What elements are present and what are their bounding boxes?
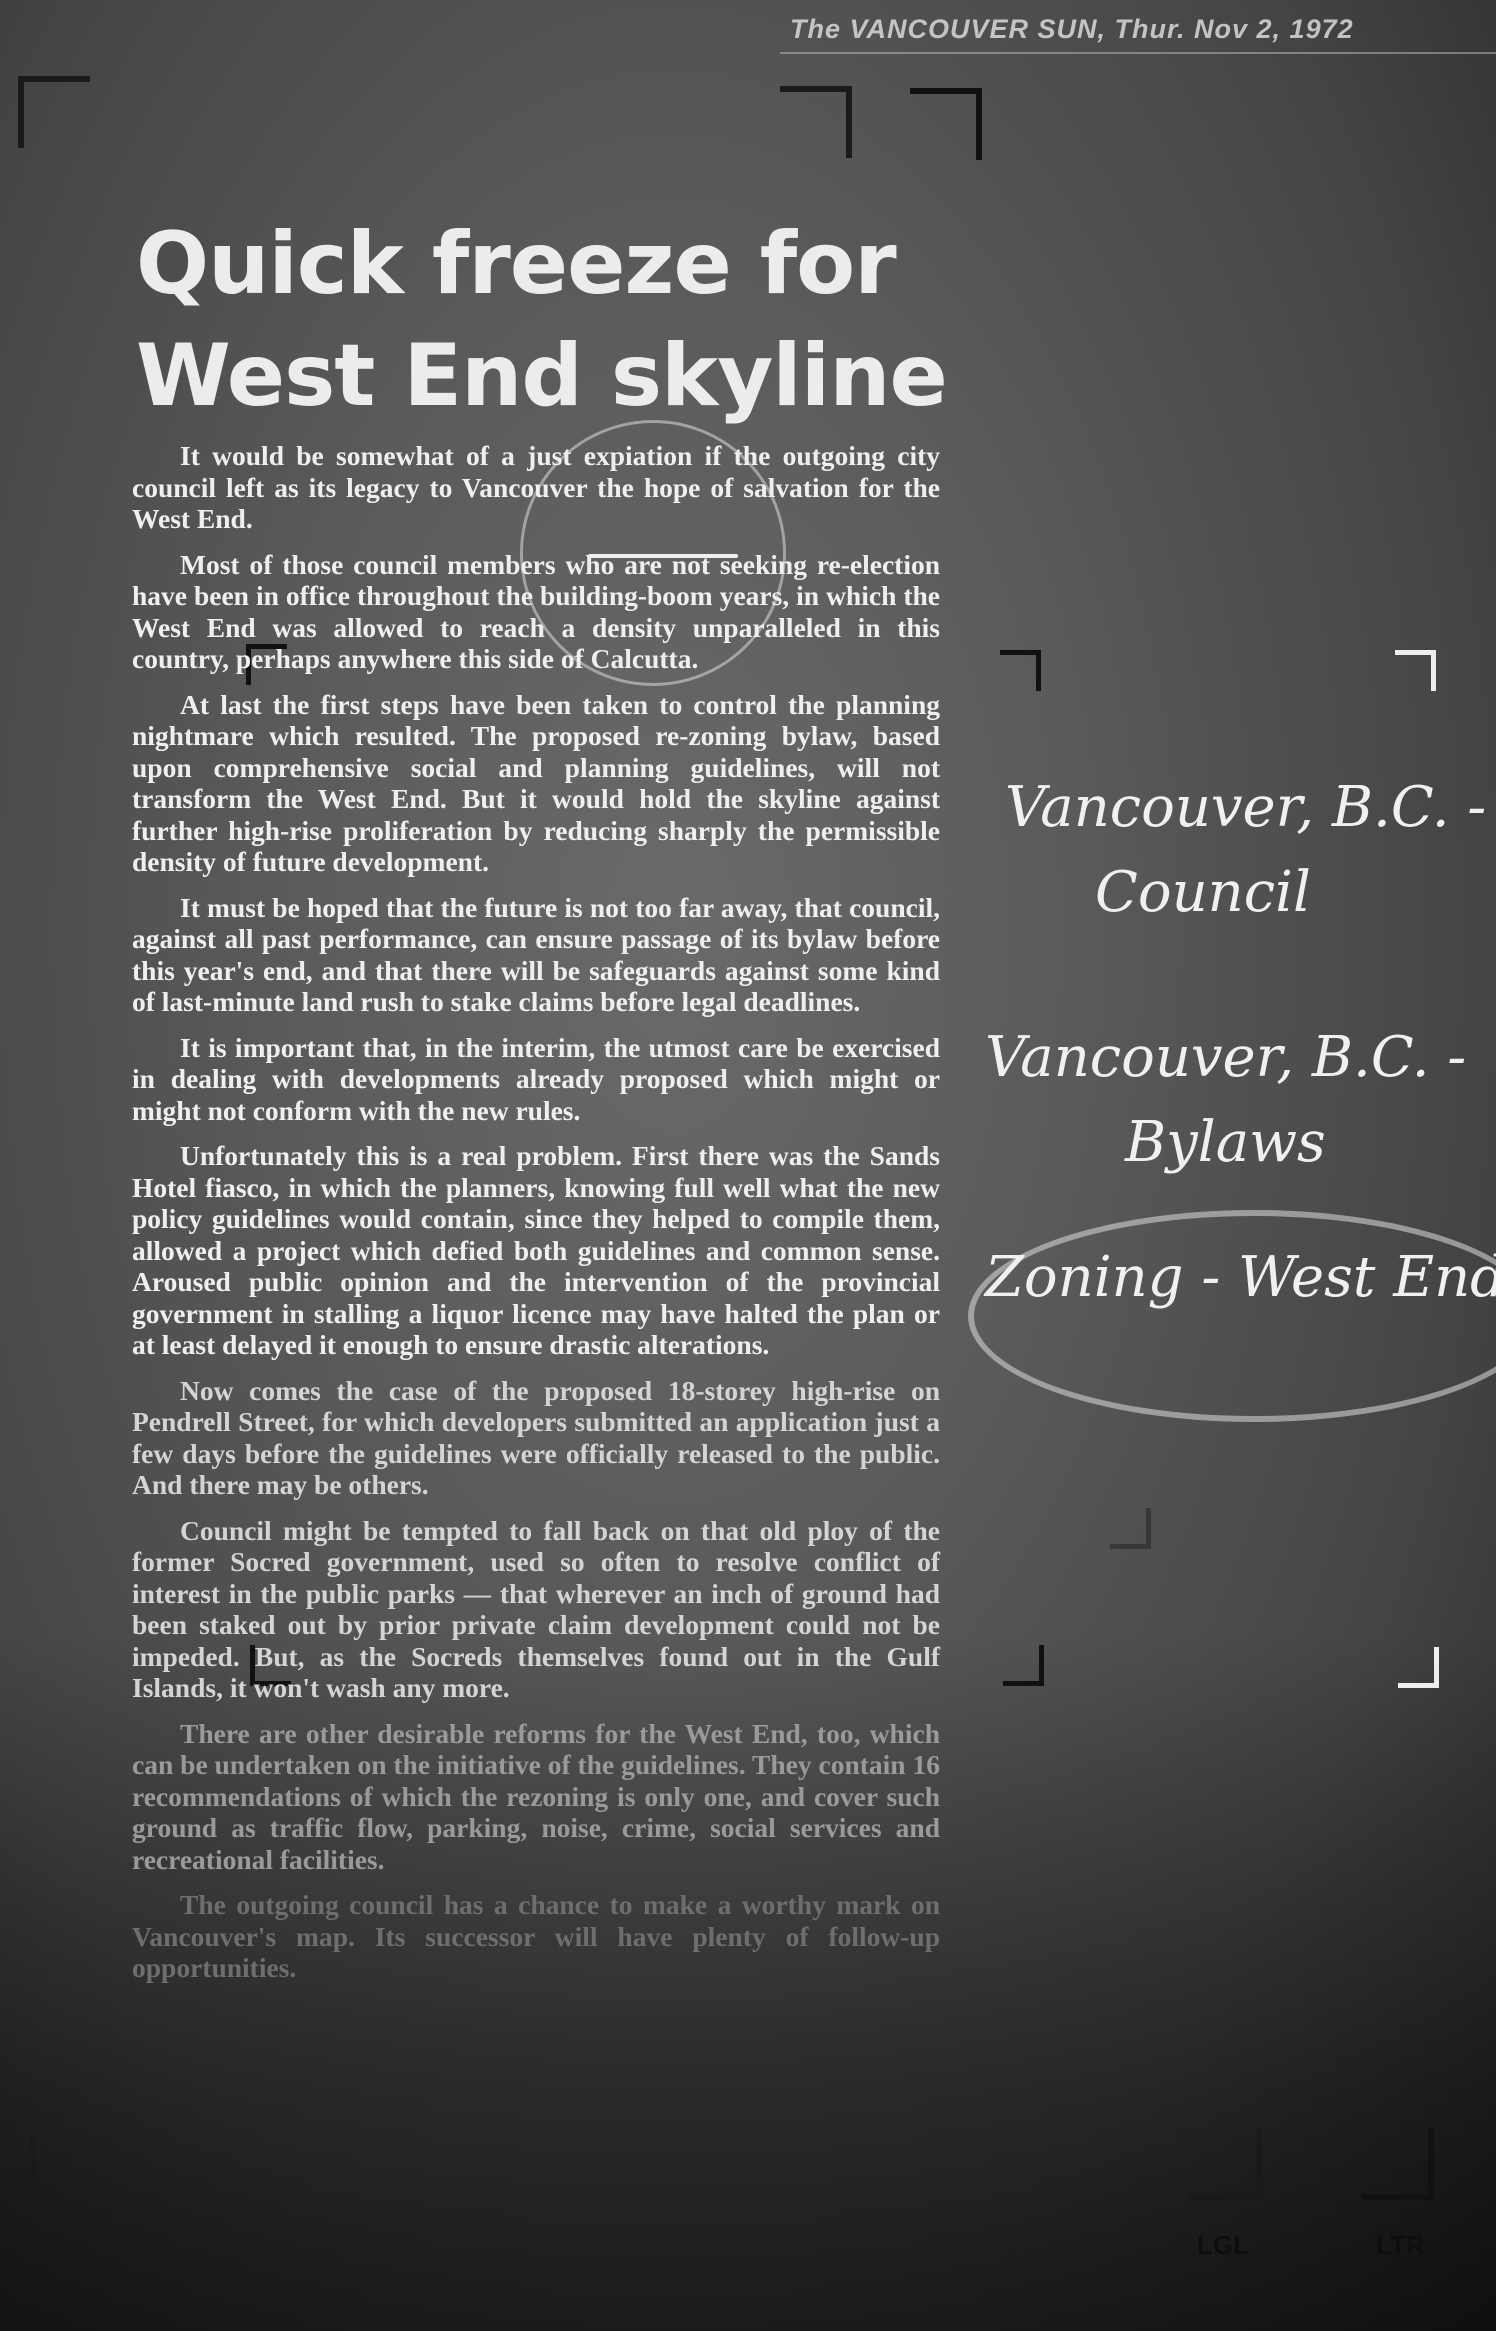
handwritten-subject-1-line-1: Vancouver, B.C. - bbox=[1005, 775, 1486, 840]
crop-mark-faint bbox=[1110, 1508, 1151, 1549]
crop-mark-bottom-left bbox=[30, 2136, 114, 2214]
crop-mark-top-right-legal bbox=[780, 86, 852, 158]
crop-mark-inner-bottom-right-white bbox=[1398, 1647, 1439, 1688]
paragraph: It is important that, in the interim, th… bbox=[132, 1032, 940, 1127]
paragraph: Most of those council members who are no… bbox=[132, 549, 940, 675]
newspaper-dateline: The VANCOUVER SUN, Thur. Nov 2, 1972 bbox=[790, 14, 1354, 45]
headline-line-2: West End skyline bbox=[136, 326, 947, 426]
handwritten-subject-2-line-1: Vancouver, B.C. - bbox=[985, 1025, 1466, 1090]
label-letter: LTR bbox=[1376, 2230, 1425, 2261]
paragraph: There are other desirable reforms for th… bbox=[132, 1718, 940, 1876]
editorial-body: It would be somewhat of a just expiation… bbox=[132, 440, 940, 1998]
paragraph: At last the first steps have been taken … bbox=[132, 689, 940, 878]
paragraph: Council might be tempted to fall back on… bbox=[132, 1515, 940, 1704]
handwritten-oval-circle bbox=[968, 1210, 1496, 1422]
paragraph: It must be hoped that the future is not … bbox=[132, 892, 940, 1018]
headline-line-1: Quick freeze for bbox=[136, 214, 896, 314]
crop-mark-bottom-right-legal bbox=[1190, 2128, 1262, 2200]
handwritten-subject-2-line-2: Bylaws bbox=[1125, 1110, 1326, 1175]
headline: Quick freeze for West End skyline bbox=[136, 208, 956, 432]
paragraph: It would be somewhat of a just expiation… bbox=[132, 440, 940, 535]
crop-mark-top-right-letter bbox=[910, 88, 982, 160]
paragraph: Now comes the case of the proposed 18-st… bbox=[132, 1375, 940, 1501]
paragraph: Unfortunately this is a real problem. Fi… bbox=[132, 1140, 940, 1361]
handwritten-subject-3: Zoning - West End. bbox=[985, 1245, 1496, 1310]
crop-mark-inner-top-right bbox=[1000, 650, 1041, 691]
handwritten-subject-1-line-2: Council bbox=[1095, 860, 1311, 925]
paragraph: The outgoing council has a chance to mak… bbox=[132, 1889, 940, 1984]
dateline-rule bbox=[780, 52, 1496, 54]
crop-mark-top-left bbox=[18, 76, 90, 148]
crop-mark-bottom-right-letter bbox=[1362, 2128, 1434, 2200]
label-legal: LGL bbox=[1197, 2230, 1249, 2261]
crop-mark-inner-bottom-right bbox=[1003, 1645, 1044, 1686]
crop-mark-inner-top-right-white bbox=[1395, 650, 1436, 691]
